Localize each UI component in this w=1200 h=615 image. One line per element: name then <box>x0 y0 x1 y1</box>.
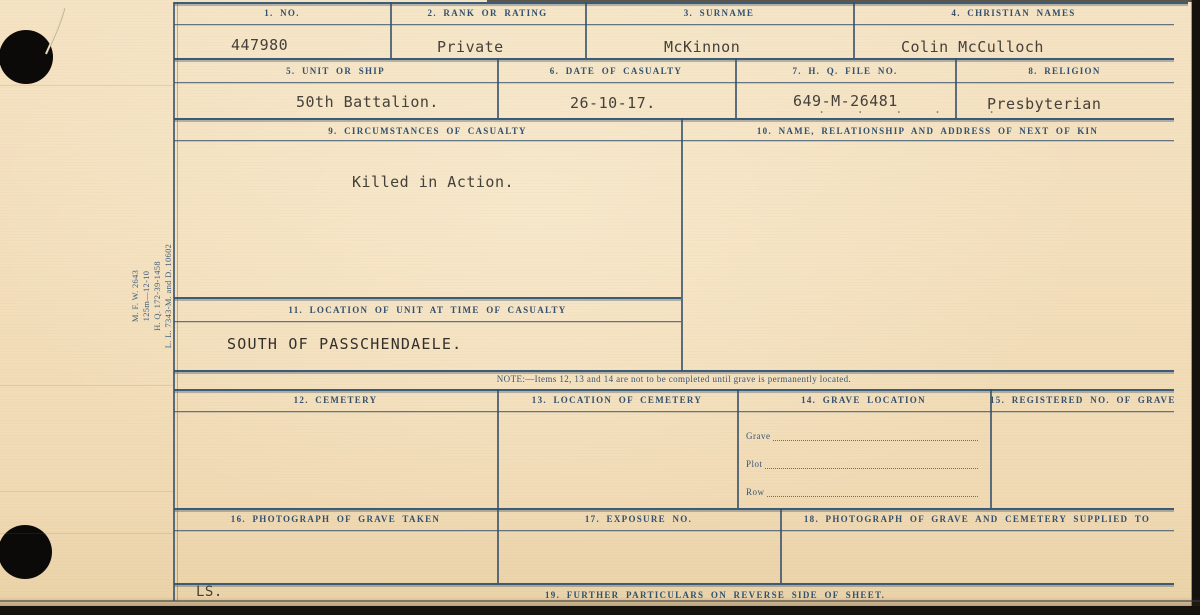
card-top-border <box>174 2 1188 4</box>
note-top-rule <box>174 370 1174 372</box>
field-label-location-of-unit: 11. LOCATION OF UNIT AT TIME OF CASUALTY <box>174 305 681 315</box>
margin-faint-line <box>0 491 174 492</box>
margin-faint-line <box>0 385 174 386</box>
row-row-leader <box>767 483 978 497</box>
row1-bottom-rule <box>174 58 1174 60</box>
field-label-next-of-kin: 10. NAME, RELATIONSHIP AND ADDRESS OF NE… <box>681 126 1174 136</box>
field-label-cemetery: 12. CEMETERY <box>174 395 497 405</box>
scan-right-edge <box>1191 0 1200 615</box>
field11-header-rule <box>174 321 681 322</box>
hole-punch-bottom-slot <box>0 545 28 560</box>
plot-row-leader <box>765 455 978 469</box>
field-label-further-particulars: 19. FURTHER PARTICULARS ON REVERSE SIDE … <box>545 590 885 600</box>
plot-row-label: Plot <box>746 459 765 469</box>
paper-scratch <box>40 4 72 60</box>
field-label-circumstances: 9. CIRCUMSTANCES OF CASUALTY <box>174 126 681 136</box>
field-label-christian-names: 4. CHRISTIAN NAMES <box>853 8 1174 18</box>
card-left-border-double <box>177 2 178 601</box>
hole-punch-top-slot <box>0 50 30 65</box>
row3-header-rule <box>174 140 1174 141</box>
row2-header-rule <box>174 82 1174 83</box>
note-bottom-rule <box>174 389 1174 391</box>
field-label-location-of-cemetery: 13. LOCATION OF CEMETERY <box>497 395 737 405</box>
field-label-hq-file-no: 7. H. Q. FILE NO. <box>735 66 955 76</box>
row-row-label: Row <box>746 487 767 497</box>
value-surname: McKinnon <box>664 38 740 56</box>
value-hq-file-dots: . . . . . <box>818 102 996 116</box>
field-label-religion: 8. RELIGION <box>955 66 1174 76</box>
row-row: Row <box>746 484 978 497</box>
note-items-12-13-14: NOTE:—Items 12, 13 and 14 are not to be … <box>174 374 1174 384</box>
scanned-casualty-record-card: 1. NO. 2. RANK OR RATING 3. SURNAME 4. C… <box>0 0 1200 615</box>
field9-bottom-rule <box>174 297 681 299</box>
margin-imprint-line: M. F. W. 2643 <box>130 240 141 352</box>
field-label-grave-location: 14. GRAVE LOCATION <box>737 395 990 405</box>
scan-bottom-edge <box>0 606 1200 615</box>
row1-header-rule <box>174 24 1174 25</box>
row12-header-rule <box>174 411 1174 412</box>
field-label-registered-no: 15. REGISTERED NO. OF GRAVE <box>990 395 1174 405</box>
plot-row: Plot <box>746 456 978 469</box>
field-label-photo-taken: 16. PHOTOGRAPH OF GRAVE TAKEN <box>174 514 497 524</box>
grave-row-label: Grave <box>746 431 773 441</box>
divider-14-15 <box>990 389 992 508</box>
value-no: 447980 <box>231 36 288 54</box>
value-religion: Presbyterian <box>987 95 1101 113</box>
grave-row: Grave <box>746 428 978 441</box>
row16-bottom-rule <box>174 583 1174 585</box>
value-rank: Private <box>437 38 504 56</box>
field-label-rank: 2. RANK OR RATING <box>390 8 585 18</box>
stamp-ls: LS. <box>196 584 223 600</box>
field-label-date-of-casualty: 6. DATE OF CASUALTY <box>497 66 735 76</box>
value-date-of-casualty: 26-10-17. <box>570 94 656 112</box>
value-christian-names: Colin McCulloch <box>901 38 1044 56</box>
margin-faint-line <box>0 533 174 534</box>
value-location-of-unit: SOUTH OF PASSCHENDAELE. <box>227 335 462 353</box>
card-bottom-border <box>0 600 1200 602</box>
margin-faint-line <box>0 85 174 86</box>
row12-bottom-rule <box>174 508 1174 510</box>
margin-form-imprint: M. F. W. 2643 125m—12-10 H. Q. 172-39-14… <box>130 240 174 352</box>
grave-row-leader <box>773 427 979 441</box>
field-label-no: 1. NO. <box>174 8 390 18</box>
margin-imprint-line: 125m—12-10 <box>141 240 152 352</box>
field-label-exposure-no: 17. EXPOSURE NO. <box>497 514 780 524</box>
row16-header-rule <box>174 530 1174 531</box>
divider-9-10 <box>681 118 683 371</box>
field-label-surname: 3. SURNAME <box>585 8 853 18</box>
field-label-unit: 5. UNIT OR SHIP <box>174 66 497 76</box>
value-unit: 50th Battalion. <box>296 93 439 111</box>
field-label-photo-supplied: 18. PHOTOGRAPH OF GRAVE AND CEMETERY SUP… <box>780 514 1174 524</box>
divider-12-13 <box>497 389 499 508</box>
divider-13-14 <box>737 389 739 508</box>
value-circumstances: Killed in Action. <box>352 173 514 191</box>
row2-bottom-rule <box>174 118 1174 120</box>
margin-imprint-line: H. Q. 172-39-1458 <box>152 240 163 352</box>
margin-imprint-line: L. L. 7343-M. and D. 10602 <box>163 240 174 352</box>
